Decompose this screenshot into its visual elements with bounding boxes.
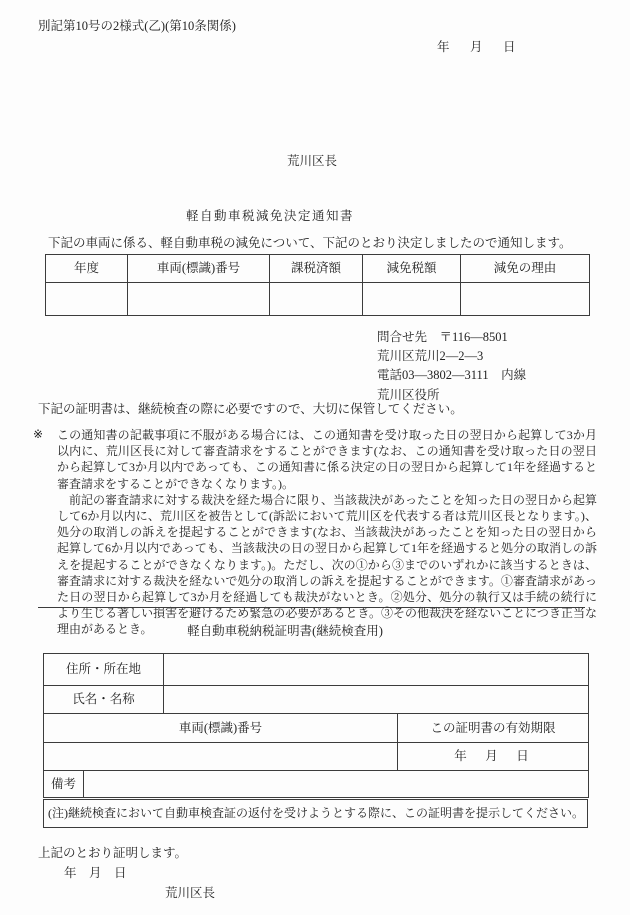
value-reduced-amount xyxy=(363,283,461,316)
contact-block: 問合せ先 〒116—8501 荒川区荒川2—2—3 電話03—3802—3111… xyxy=(377,328,526,405)
addressee: 荒川区長 xyxy=(287,154,337,169)
document-page: 別記第10号の2様式(乙)(第10条関係) 年 月 日 荒川区長 軽自動車税減免… xyxy=(0,0,630,915)
keep-notice: 下記の証明書は、継続検査の際に必要ですので、大切に保管してください。 xyxy=(38,402,463,417)
appeal-paragraph-2: 前記の審査請求に対する裁決を経た場合に限り、当該裁決があったことを知った日の翌日… xyxy=(57,492,597,638)
certificate-table: 住所・所在地 氏名・名称 車両(標識)番号 この証明書の有効期限 年 月 日 備… xyxy=(43,653,589,798)
validity-label: この証明書の有効期限 xyxy=(398,714,589,743)
header-reduced-amount: 減免税額 xyxy=(363,255,461,283)
form-number: 別記第10号の2様式(乙)(第10条関係) xyxy=(38,19,236,34)
certificate-title: 軽自動車税納税証明書(継続検査用) xyxy=(10,624,560,639)
address-label: 住所・所在地 xyxy=(44,654,164,686)
remarks-label: 備考 xyxy=(44,771,84,798)
contact-inquiry-postal: 問合せ先 〒116—8501 xyxy=(377,328,526,347)
appeal-paragraph-1: この通知書の記載事項に不服がある場合には、この通知書を受け取った日の翌日から起算… xyxy=(57,427,597,492)
certificate-name-row: 氏名・名称 xyxy=(44,686,589,714)
name-value xyxy=(164,686,589,714)
value-vehicle-number xyxy=(128,283,270,316)
validity-date: 年 月 日 xyxy=(398,743,589,771)
vehicle-number-label: 車両(標識)番号 xyxy=(44,714,398,743)
header-taxed-amount: 課税済額 xyxy=(270,255,363,283)
remarks-value xyxy=(84,771,589,798)
certificate-note: (注)継続検査において自動車検査証の返付を受けようとする際に、この証明書を提示し… xyxy=(43,799,588,828)
signer: 荒川区長 xyxy=(165,886,215,901)
header-year: 年度 xyxy=(46,255,128,283)
value-year xyxy=(46,283,128,316)
contact-address: 荒川区荒川2—2—3 xyxy=(377,347,526,366)
contact-phone: 電話03—3802—3111 内線 xyxy=(377,366,526,385)
address-value xyxy=(164,654,589,686)
notice-title: 軽自動車税減免決定通知書 xyxy=(0,209,540,224)
decision-table-value-row xyxy=(46,283,590,316)
certificate-remarks-row: 備考 xyxy=(44,771,589,798)
decision-table: 年度 車両(標識)番号 課税済額 減免税額 減免の理由 xyxy=(45,254,590,316)
value-taxed-amount xyxy=(270,283,363,316)
certificate-vehicle-header-row: 車両(標識)番号 この証明書の有効期限 xyxy=(44,714,589,743)
value-reason xyxy=(461,283,590,316)
certify-statement: 上記のとおり証明します。 xyxy=(38,846,187,861)
header-vehicle-number: 車両(標識)番号 xyxy=(128,255,270,283)
appeal-marker: ※ xyxy=(33,427,43,442)
decision-table-header-row: 年度 車両(標識)番号 課税済額 減免税額 減免の理由 xyxy=(46,255,590,283)
document-date: 年 月 日 xyxy=(437,40,520,55)
name-label: 氏名・名称 xyxy=(44,686,164,714)
header-reason: 減免の理由 xyxy=(461,255,590,283)
vehicle-number-value xyxy=(44,743,398,771)
certificate-vehicle-value-row: 年 月 日 xyxy=(44,743,589,771)
certify-date: 年 月 日 xyxy=(64,866,127,881)
section-divider xyxy=(38,607,585,608)
certificate-address-row: 住所・所在地 xyxy=(44,654,589,686)
notice-intro: 下記の車両に係る、軽自動車税の減免について、下記のとおり決定しましたので通知しま… xyxy=(48,236,572,251)
